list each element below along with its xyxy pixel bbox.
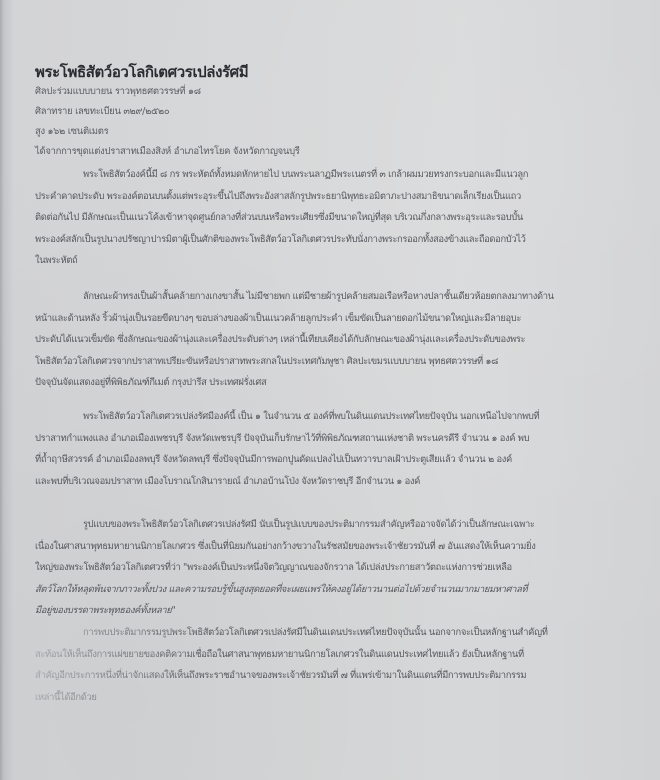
paragraph-line-quote: สัตว์โลกให้หลุดพ้นจากภาวะทั้งปวง และความ… xyxy=(35,579,630,601)
paragraph-line: รูปแบบของพระโพธิสัตว์อวโลกิเตศวรเปล่งรัศ… xyxy=(35,514,630,536)
paragraph-line: พระองค์สลักเป็นรูปนางปรัชญาปารมิตาผู้เป็… xyxy=(35,229,630,251)
page-title: พระโพธิสัตว์อวโลกิเตศวรเปล่งรัศมี xyxy=(35,60,248,84)
paragraph-line: เหล่านี้ได้อีกด้วย xyxy=(35,687,630,709)
paragraph-line: ปราสาทกำแพงแลง อำเภอเมืองเพชรบุรี จังหวั… xyxy=(35,428,630,450)
paragraph-line: ปัจจุบันจัดแสดงอยู่ที่พิพิธภัณฑ์กีเมต์ ก… xyxy=(35,372,630,394)
artifact-metadata: ศิลปะร่วมแบบบายน ราวพุทธศตวรรษที่ ๑๘ ศิล… xyxy=(35,82,300,162)
paragraph-line: ลักษณะผ้าทรงเป็นผ้าสั้นคล้ายกางเกงขาสั้น… xyxy=(35,286,630,308)
paragraph-conclusion: การพบประติมากรรมรูปพระโพธิสัตว์อวโลกิเตศ… xyxy=(35,622,630,708)
paragraph-line: ใหญ่ของพระโพธิสัตว์อวโลกิเตศวรที่ว่า "พร… xyxy=(35,557,630,579)
paragraph-line: ติดต่อกันไป มีลักษณะเป็นแนวโค้งเข้าหาจุด… xyxy=(35,207,630,229)
paragraph-line: ในพระหัตถ์ xyxy=(35,250,630,272)
paragraph-line: การพบประติมากรรมรูปพระโพธิสัตว์อวโลกิเตศ… xyxy=(35,622,630,644)
meta-height: สูง ๑๖๒ เซนติเมตร xyxy=(35,122,300,142)
meta-provenance: ได้จากการขุดแต่งปราสาทเมืองสิงห์ อำเภอไท… xyxy=(35,142,300,162)
paragraph-line-quote: มีอยู่ของบรรดาพระพุทธองค์ทั้งหลาย" xyxy=(35,600,630,622)
paragraph-line: ประคำคาดประดับ พระองค์ตอนบนตั้งแต่พระอุร… xyxy=(35,186,630,208)
paragraph-findspots: พระโพธิสัตว์อวโลกิเตศวรเปล่งรัศมีองค์นี้… xyxy=(35,406,630,492)
paragraph-line: สำคัญอีกประการหนึ่งที่น่าจักแสดงให้เห็นถ… xyxy=(35,665,630,687)
meta-style-period: ศิลปะร่วมแบบบายน ราวพุทธศตวรรษที่ ๑๘ xyxy=(35,82,300,102)
paragraph-significance: รูปแบบของพระโพธิสัตว์อวโลกิเตศวรเปล่งรัศ… xyxy=(35,514,630,622)
paragraph-line: หน้าและด้านหลัง ริ้วผ้านุ่งเป็นรอยขีดบาง… xyxy=(35,308,630,330)
paragraph-line: เนื่องในศาสนาพุทธมหายานนิกายโลเกศวร ซึ่ง… xyxy=(35,536,630,558)
paragraph-line: โพธิสัตว์อวโลกิเตศวรจากปราสาทเปรียะขันหร… xyxy=(35,351,630,373)
meta-material-registration: ศิลาทราย เลขทะเบียน ๓๒๙/๒๕๒๐ xyxy=(35,102,300,122)
paragraph-line: สะท้อนให้เห็นถึงการแผ่ขยายของคติความเชื่… xyxy=(35,644,630,666)
paragraph-line: พระโพธิสัตว์อวโลกิเตศวรเปล่งรัศมีองค์นี้… xyxy=(35,406,630,428)
paragraph-line: และพบที่บริเวณจอมปราสาท เมืองโบราณโกสินา… xyxy=(35,471,630,493)
paragraph-description: พระโพธิสัตว์องค์นี้มี ๘ กร พระหัตถ์ทั้งห… xyxy=(35,164,630,272)
paragraph-line: พระโพธิสัตว์องค์นี้มี ๘ กร พระหัตถ์ทั้งห… xyxy=(35,164,630,186)
paragraph-garment: ลักษณะผ้าทรงเป็นผ้าสั้นคล้ายกางเกงขาสั้น… xyxy=(35,286,630,394)
book-page: พระโพธิสัตว์อวโลกิเตศวรเปล่งรัศมี ศิลปะร… xyxy=(0,0,660,780)
paragraph-line: ที่ถ้ำฤาษีสวรรค์ อำเภอเมืองลพบุรี จังหวั… xyxy=(35,449,630,471)
paragraph-line: ประดับได้แนวเข็มขัด ซึ่งลักษณะของผ้านุ่ง… xyxy=(35,329,630,351)
